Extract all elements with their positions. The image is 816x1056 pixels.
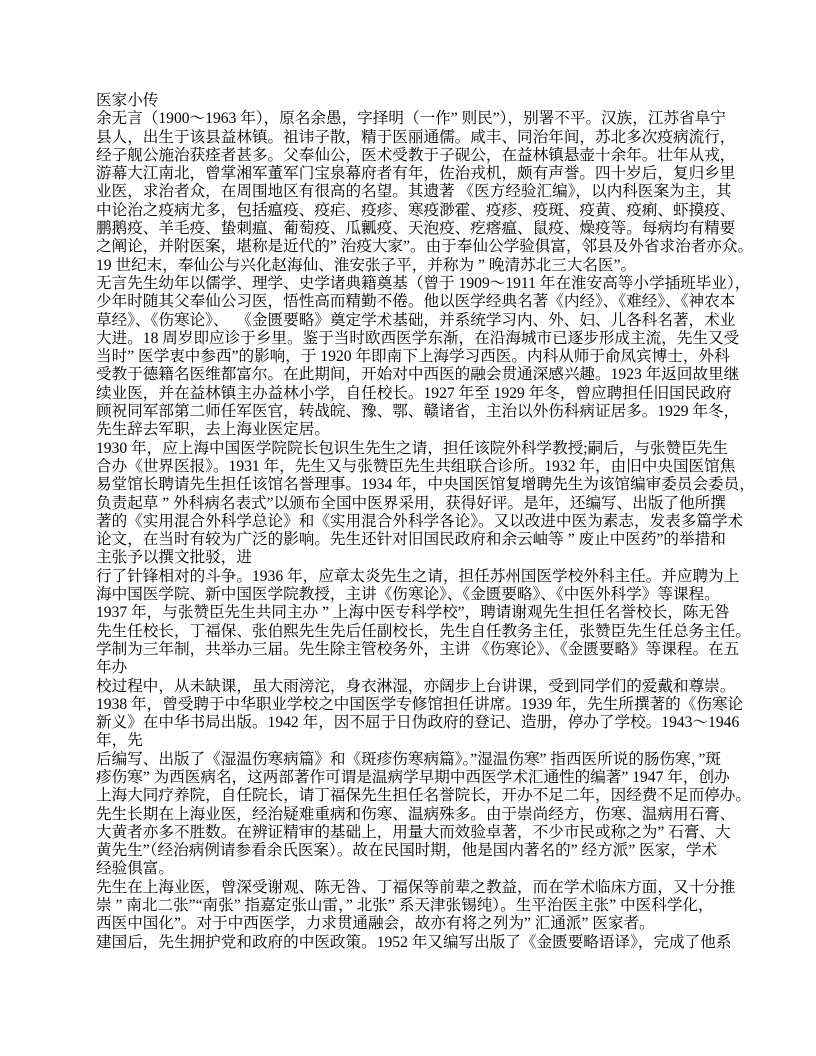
text-line: 游幕大江南北，曾掌湘军董军门宝泉幕府者有年，佐治戎机，颇有声誉。四十岁后，复归乡…	[96, 165, 736, 183]
text-line: 少年时随其父奉仙公习医，悟性高而精勤不倦。他以医学经典名著《内经》、《难经》、《…	[96, 293, 736, 311]
page-title: 医家小传	[96, 92, 736, 110]
text-line: 先生在上海业医，曾深受谢观、陈无咎、丁福保等前辈之教益，而在学术临床方面，又十分…	[96, 879, 736, 897]
text-line: 行了针锋相对的斗争。1936 年，应章太炎先生之请，担任苏州国医学校外科主任。并…	[96, 568, 736, 586]
text-line: 1938 年，曾受聘于中华职业学校之中国医学专修馆担任讲席。1939 年，先生所…	[96, 696, 736, 714]
text-line: 大黄者亦多不胜数。在辨证精审的基础上，用量大而效验卓著，不少市民或称之为” 石膏…	[96, 824, 736, 842]
text-line: 当时” 医学衷中参西”的影响，于 1920 年即南下上海学习西医。内科从师于俞凤…	[96, 348, 736, 366]
text-line: 疹伤寒” 为西医病名，这两部著作可谓是温病学早期中西医学术汇通性的编著” 194…	[96, 769, 736, 787]
text-line: 经验俱富。	[96, 860, 736, 878]
text-line: 崇 ” 南北二张”“南张” 指嘉定张山雷，” 北张” 系天津张锡纯）。生平治医主…	[96, 897, 736, 915]
text-line: 负责起草 ” 外科病名表式”以颁布全国中医界采用，获得好评。是年，还编写、出版了…	[96, 495, 736, 513]
text-line: 著的《实用混合外科学总论》和《实用混合外科学各论》。又以改进中医为素志，发表多篇…	[96, 513, 736, 531]
text-line: 大进。18 周岁即应诊于乡里。鉴于当时欧西医学东渐，在沿海城市已逐步形成主流，先…	[96, 330, 736, 348]
text-line: 先生长期在上海业医，经治疑难重病和伤寒、温病殊多。由于崇尚经方，伤寒、温病用石膏…	[96, 806, 736, 824]
text-line: 余无言（1900～1963 年），原名余愚，字择明（一作” 则民”），别署不平。…	[96, 110, 736, 128]
text-line: 主张予以撰文批驳，进	[96, 549, 736, 567]
text-line: 上海大同疗养院，自任院长，请丁福保先生担任名誉院长，开办不足二年，因经费不足而停…	[96, 787, 736, 805]
text-line: 鹏鹅疫、羊毛疫、蛰刺瘟、葡萄疫、瓜瓤疫、天泡疫、疙瘩瘟、鼠疫、燥疫等。每病均有精…	[96, 220, 736, 238]
text-line: 19 世纪末，奉仙公与兴化赵海仙、淮安张子平，并称为 ” 晚清苏北三大名医”。	[96, 257, 736, 275]
text-line: 年办	[96, 659, 736, 677]
text-line: 先生任校长，丁福保、张伯熙先生先后任副校长，先生自任教务主任，张赞臣先生任总务主…	[96, 623, 736, 641]
text-line: 续业医，并在益林镇主办益林小学，自任校长。1927 年至 1929 年冬，曾应聘…	[96, 385, 736, 403]
document-body: 医家小传 余无言（1900～1963 年），原名余愚，字择明（一作” 则民”），…	[96, 92, 736, 952]
text-line: 中论治之疫病尤多，包括瘟疫、疫疟、疫疹、寒疫渺霍、疫疹、疫斑、疫黄、疫痢、虾摸疫…	[96, 202, 736, 220]
text-line: 学制为三年制，共举办三届。先生除主管校务外，主讲 《伤寒论》、《金匮要略》等课程…	[96, 641, 736, 659]
text-line: 顾祝同军部第二师任军医官，转战皖、豫、鄂、赣诸省，主治以外伤科病证居多。1929…	[96, 403, 736, 421]
text-line: 建国后，先生拥护党和政府的中医政策。1952 年又编写出版了《金匮要略语译》，完…	[96, 934, 736, 952]
text-line: 1930 年，应上海中国医学院院长包识生先生之请，担任该院外科学教授;嗣后，与张…	[96, 440, 736, 458]
text-line: 县人，出生于该县益林镇。祖讳子散，精于医丽通儒。咸丰、同治年间，苏北多次疫病流行…	[96, 129, 736, 147]
text-line: 西医中国化”。对于中西医学，力求贯通融会，故亦有将之列为” 汇通派” 医家者。	[96, 915, 736, 933]
text-line: 新义》在中华书局出版。1942 年，因不屈于日伪政府的登记、造册，停办了学校。1…	[96, 714, 736, 732]
text-line: 之阐论，并附医案，堪称是近代的” 治疫大家”。由于奉仙公学验俱富，邻县及外省求治…	[96, 238, 736, 256]
text-line: 年，先	[96, 732, 736, 750]
text-line: 黄先生”（经治病例请参看余氏医案）。故在民国时期，他是国内著名的” 经方派” 医…	[96, 842, 736, 860]
document-page: 医家小传 余无言（1900～1963 年），原名余愚，字择明（一作” 则民”），…	[0, 0, 816, 1056]
text-line: 1937 年，与张赞臣先生共同主办 ” 上海中医专科学校”，聘请谢观先生担任名誉…	[96, 604, 736, 622]
text-line: 经子舰公施治获痊者甚多。父奉仙公，医术受教于子砚公，在益林镇悬壶十余年。壮年从戎…	[96, 147, 736, 165]
text-line: 论文，在当时有较为广泛的影响。先生还针对旧国民政府和余云岫等 ” 废止中医药”的…	[96, 531, 736, 549]
text-line: 校过程中，从未缺课，虽大雨滂沱，身衣淋湿，亦阔步上台讲课，受到同学们的爱戴和尊崇…	[96, 678, 736, 696]
text-line: 草经》、《伤寒论》、 《金匮要略》奠定学术基础，并系统学习内、外、妇、儿各科名著…	[96, 312, 736, 330]
text-line: 先生辞去军职，去上海业医定居。	[96, 421, 736, 439]
text-line: 无言先生幼年以儒学、理学、史学诸典籍奠基（曾于 1909～1911 年在淮安高等…	[96, 275, 736, 293]
text-line: 业医，求治者众，在周围地区有很高的名望。其遗著 《医方经验汇编》，以内科医案为主…	[96, 183, 736, 201]
text-line: 合办《世界医报》。1931 年，先生又与张赞臣先生共组联合诊所。1932 年，由…	[96, 458, 736, 476]
text-line: 海中国医学院、新中国医学院教授，主讲《伤寒论》、《金匮要略》、《中医外科学》等课…	[96, 586, 736, 604]
text-line: 后编写、出版了《湿温伤寒病篇》和《斑疹伤寒病篇》。”湿温伤寒” 指西医所说的肠伤…	[96, 751, 736, 769]
text-line: 易堂馆长聘请先生担任该馆名誉理事。1934 年，中央国医馆复增聘先生为该馆编审委…	[96, 476, 736, 494]
text-line: 受教于德籍名医维都富尔。在此期间，开始对中西医的融会贯通深感兴趣。1923 年返…	[96, 366, 736, 384]
